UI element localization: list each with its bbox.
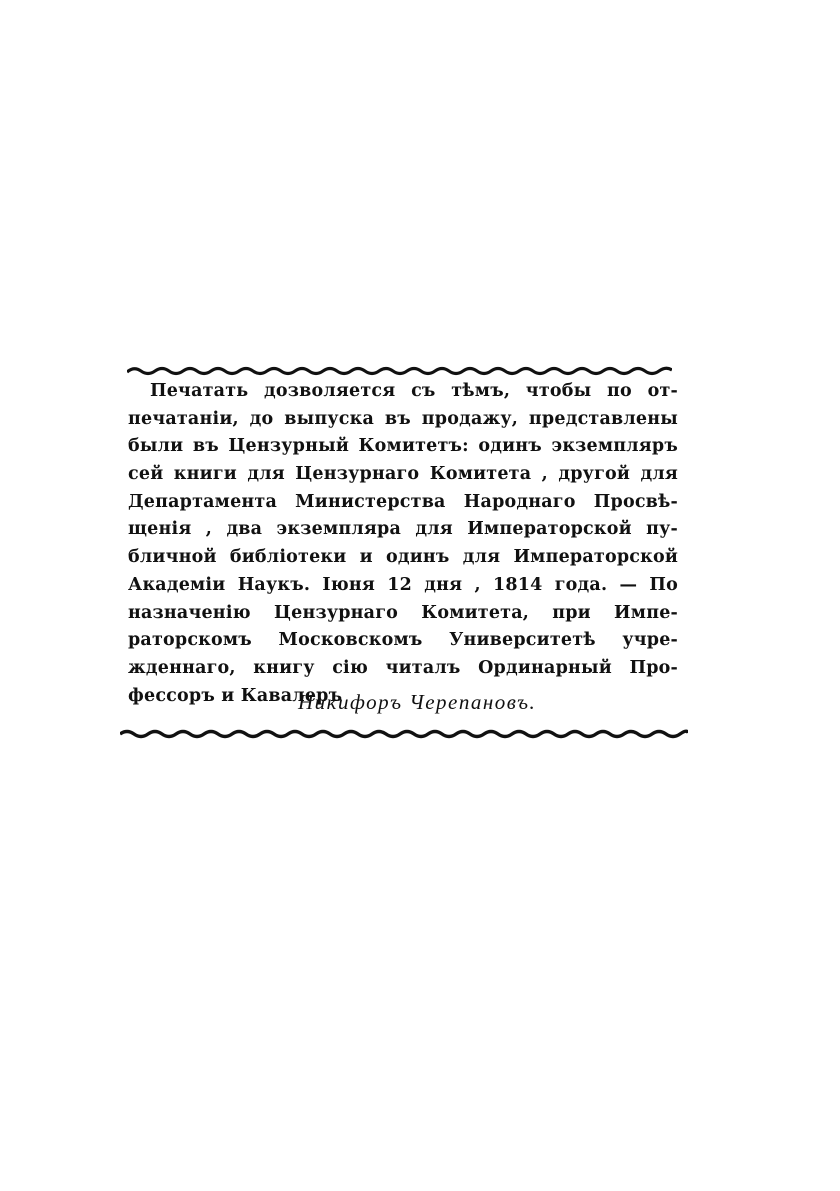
text-line: щенія , два экземпляра для Императорской…	[128, 516, 678, 544]
wavy-rule-bottom-icon	[120, 729, 688, 739]
wavy-rule-top-icon	[127, 366, 672, 376]
text-line: сей книги для Цензурнаго Комитета , друг…	[128, 461, 678, 489]
text-line: назначенію Цензурнаго Комитета, при Импе…	[128, 600, 678, 628]
text-line: были въ Цензурный Комитетъ: одинъ экземп…	[128, 433, 678, 461]
text-line: печатаніи, до выпуска въ продажу, предст…	[128, 406, 678, 434]
text-line: Департамента Министерства Народнаго Прос…	[128, 489, 678, 517]
text-line: Академіи Наукъ. Іюня 12 дня , 1814 года.…	[128, 572, 678, 600]
document-page: Печатать дозволяется съ тѣмъ, чтобы по о…	[0, 0, 840, 1191]
text-line: жденнаго, книгу сію читалъ Ординарный Пр…	[128, 655, 678, 683]
text-line: бличной библіотеки и одинъ для Император…	[128, 544, 678, 572]
text-line: Печатать дозволяется съ тѣмъ, чтобы по о…	[128, 378, 678, 406]
censor-signature: Никифоръ Черепановъ.	[298, 690, 536, 715]
text-line: раторскомъ Московскомъ Университетѣ учре…	[128, 627, 678, 655]
censorship-permission-text: Печатать дозволяется съ тѣмъ, чтобы по о…	[128, 378, 678, 710]
